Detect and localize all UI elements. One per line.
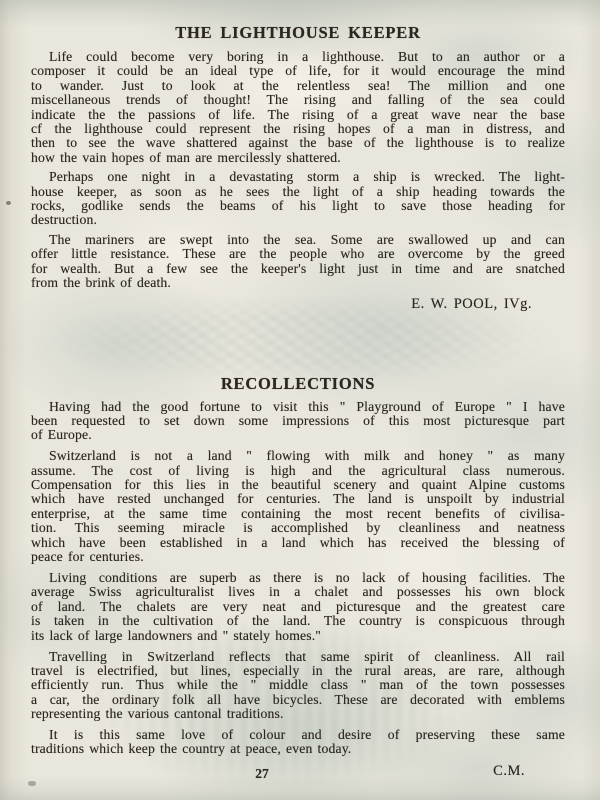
article-lighthouse-keeper: THE LIGHTHOUSE KEEPER Life could become … bbox=[31, 24, 565, 313]
text-line: efficiently run. Thus while the " middle… bbox=[31, 678, 565, 692]
text-line: indicate the the passions of life. The r… bbox=[31, 108, 565, 122]
text-line: how the vain hopes of man are mercilessl… bbox=[31, 151, 565, 165]
text-line: enterprise, at the same time containing … bbox=[31, 507, 565, 521]
page-number: 27 bbox=[242, 766, 282, 782]
text-line: travel is electrified, but lines, especi… bbox=[31, 664, 565, 678]
article-signature: E. W. POOL, IVg. bbox=[31, 296, 565, 313]
text-line: miscellaneous trends of thought! The ris… bbox=[31, 93, 565, 107]
text-line: which have been established in a land wh… bbox=[31, 536, 565, 550]
text-line: The mariners are swept into the sea. Som… bbox=[31, 233, 565, 247]
text-line: Having had the good fortune to visit thi… bbox=[31, 400, 565, 414]
article-title: RECOLLECTIONS bbox=[31, 375, 565, 392]
text-line: its lack of large landowners and " state… bbox=[31, 629, 565, 643]
paragraph: Travelling in Switzerland reflects that … bbox=[31, 650, 565, 722]
article-title: THE LIGHTHOUSE KEEPER bbox=[31, 24, 565, 41]
text-line: traditions which keep the country at pea… bbox=[31, 742, 565, 756]
scanned-page: THE LIGHTHOUSE KEEPER Life could become … bbox=[0, 0, 600, 800]
text-line: It is this same love of colour and desir… bbox=[31, 728, 565, 742]
text-line: representing the various cantonal tradit… bbox=[31, 707, 565, 721]
text-line: of Europe. bbox=[31, 428, 565, 442]
text-line: rocks, godlike sends the beams of his li… bbox=[31, 199, 565, 213]
text-line: been requested to set down some impressi… bbox=[31, 414, 565, 428]
article-body: Life could become very boring in a light… bbox=[31, 50, 565, 291]
text-line: peace for centuries. bbox=[31, 550, 565, 564]
text-line: for wealth. But a few see the keeper's l… bbox=[31, 262, 565, 276]
text-line: Living conditions are superb as there is… bbox=[31, 571, 565, 585]
text-line: destruction. bbox=[31, 213, 565, 227]
text-line: assume. The cost of living is high and t… bbox=[31, 464, 565, 478]
text-line: average Swiss agriculturalist lives in a… bbox=[31, 585, 565, 599]
text-line: Compensation for this lies in the beauti… bbox=[31, 478, 565, 492]
paragraph: Life could become very boring in a light… bbox=[31, 50, 565, 165]
paragraph: Switzerland is not a land " flowing with… bbox=[31, 449, 565, 564]
paragraph: The mariners are swept into the sea. Som… bbox=[31, 233, 565, 291]
text-line: tion. This seeming miracle is accomplish… bbox=[31, 521, 565, 535]
text-line: composer it could be an ideal type of li… bbox=[31, 64, 565, 78]
text-line: Switzerland is not a land " flowing with… bbox=[31, 449, 565, 463]
article-recollections: RECOLLECTIONS Having had the good fortun… bbox=[31, 375, 565, 781]
paragraph: Having had the good fortune to visit thi… bbox=[31, 400, 565, 443]
text-line: then to see the wave shattered against t… bbox=[31, 136, 565, 150]
text-line: from the brink of death. bbox=[31, 276, 565, 290]
text-line: Perhaps one night in a devastating storm… bbox=[31, 170, 565, 184]
text-line: Travelling in Switzerland reflects that … bbox=[31, 650, 565, 664]
text-line: offer little resistance. These are the p… bbox=[31, 247, 565, 261]
paragraph: Perhaps one night in a devastating storm… bbox=[31, 170, 565, 228]
text-line: cf the lighthouse could represent the ri… bbox=[31, 122, 565, 136]
article-body: Having had the good fortune to visit thi… bbox=[31, 400, 565, 757]
page-content: THE LIGHTHOUSE KEEPER Life could become … bbox=[31, 0, 565, 780]
text-line: of land. The chalets are very neat and p… bbox=[31, 600, 565, 614]
text-line: house keeper, as soon as he sees the lig… bbox=[31, 185, 565, 199]
paragraph: It is this same love of colour and desir… bbox=[31, 728, 565, 757]
paragraph: Living conditions are superb as there is… bbox=[31, 571, 565, 643]
article-signature: C.M. bbox=[31, 763, 565, 780]
text-line: to wander. Just to look at the relentles… bbox=[31, 79, 565, 93]
text-line: is taken in the cultivation of the land.… bbox=[31, 614, 565, 628]
text-line: a car, the ordinary folk all have bicycl… bbox=[31, 693, 565, 707]
text-line: Life could become very boring in a light… bbox=[31, 50, 565, 64]
text-line: which have rested unchanged for centurie… bbox=[31, 492, 565, 506]
